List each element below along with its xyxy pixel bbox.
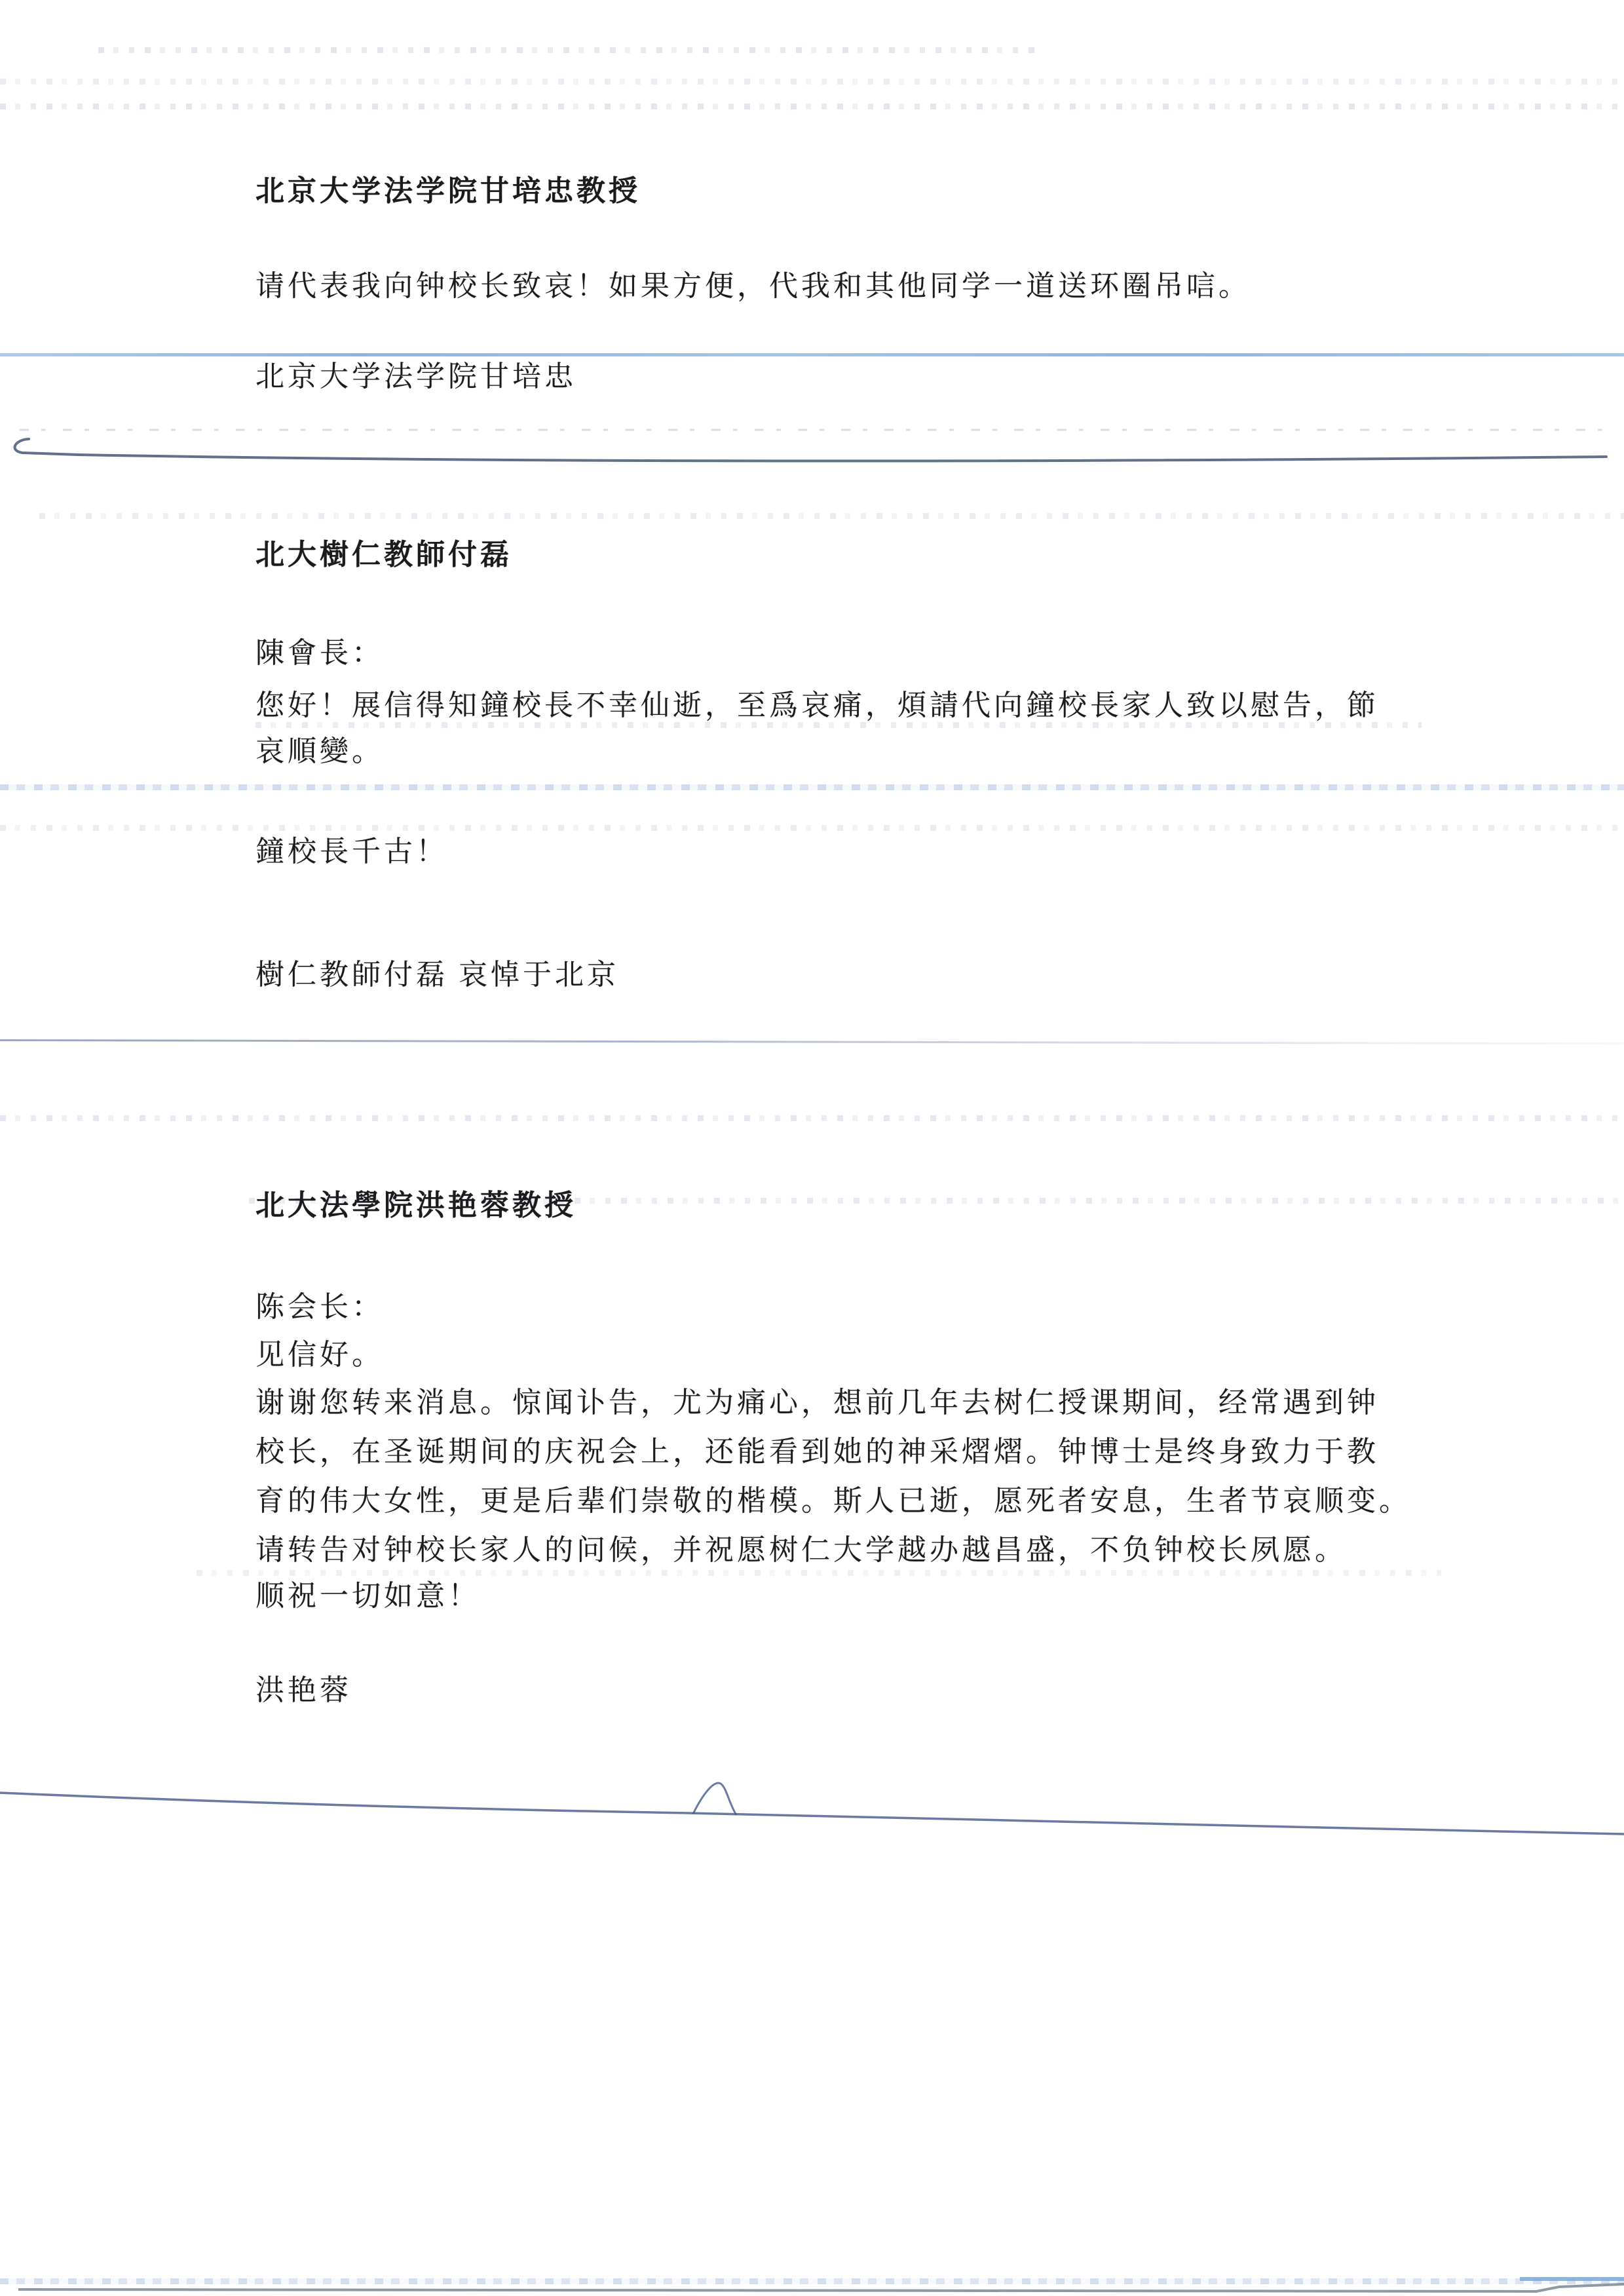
letter3-signature: 洪艳蓉 <box>255 1675 352 1706</box>
letter3-heading: 北大法學院洪艳蓉教授 <box>255 1190 576 1221</box>
scanned-page: 北京大学法学院甘培忠教授 请代表我向钟校长致哀！如果方便，代我和其他同学一道送环… <box>0 0 1624 2296</box>
letter3-body-line: 顺祝一切如意！ <box>255 1580 480 1612</box>
letter2-body-line: 哀順變。 <box>255 736 384 767</box>
letter3-body-line: 校长，在圣诞期间的庆祝会上，还能看到她的神采熠熠。钟博士是终身致力于教 <box>255 1436 1379 1468</box>
pen-strokes <box>0 0 1624 2296</box>
letter3-body-line: 请转告对钟校长家人的问候，并祝愿树仁大学越办越昌盛，不负钟校长夙愿。 <box>255 1535 1347 1566</box>
letter2-heading: 北大樹仁教師付磊 <box>255 539 512 571</box>
letter3-salutation: 陈会长： <box>255 1291 384 1323</box>
letter3-body-line: 谢谢您转来消息。惊闻讣告，尤为痛心，想前几年去树仁授课期间，经常遇到钟 <box>255 1387 1379 1419</box>
letter2-tribute: 鐘校長千古！ <box>255 836 448 868</box>
letter2-signature: 樹仁教師付磊 哀悼于北京 <box>255 959 619 991</box>
letter2-body-line: 您好！展信得知鐘校長不幸仙逝，至爲哀痛，煩請代向鐘校長家人致以慰告，節 <box>255 690 1379 721</box>
letter3-body-line: 育的伟大女性，更是后辈们崇敬的楷模。斯人已逝，愿死者安息，生者节哀顺变。 <box>255 1485 1411 1517</box>
letter1-signature: 北京大学法学院甘培忠 <box>255 361 576 392</box>
letter2-salutation: 陳會長： <box>255 638 384 669</box>
letter1-heading: 北京大学法学院甘培忠教授 <box>255 176 641 207</box>
letter3-greeting: 见信好。 <box>255 1339 384 1371</box>
letter1-body-line: 请代表我向钟校长致哀！如果方便，代我和其他同学一道送环圈吊唁。 <box>255 271 1251 302</box>
